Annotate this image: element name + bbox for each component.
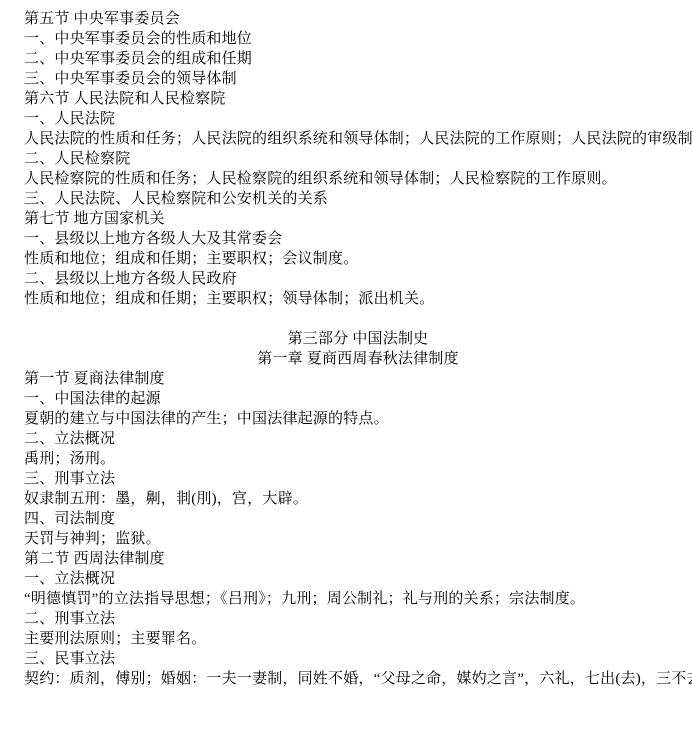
detail-text: 契约：质剂，傅别；婚姻：一夫一妻制，同姓不婚，“父母之命，媒妁之言”，六礼，七出… (24, 669, 692, 689)
detail-text: 奴隶制五刑：墨，劓，剕(刖)，宫，大辟。 (24, 489, 692, 509)
list-item: 二、刑事立法 (24, 609, 692, 629)
list-item: 三、中央军事委员会的领导体制 (24, 69, 692, 89)
list-item: 一、人民法院 (24, 109, 692, 129)
list-item: 三、民事立法 (24, 649, 692, 669)
detail-text: 性质和地位；组成和任期；主要职权；领导体制；派出机关。 (24, 289, 692, 309)
document-body: 第五节 中央军事委员会一、中央军事委员会的性质和地位二、中央军事委员会的组成和任… (24, 9, 692, 689)
section-heading: 第六节 人民法院和人民检察院 (24, 89, 692, 109)
list-item: 二、中央军事委员会的组成和任期 (24, 49, 692, 69)
list-item: 一、中国法律的起源 (24, 389, 692, 409)
list-item: 二、立法概况 (24, 429, 692, 449)
list-item: 二、人民检察院 (24, 149, 692, 169)
detail-text: 天罚与神判；监狱。 (24, 529, 692, 549)
section-heading: 第二节 西周法律制度 (24, 549, 692, 569)
list-item: 三、刑事立法 (24, 469, 692, 489)
chapter-title: 第一章 夏商西周春秋法律制度 (24, 349, 692, 369)
list-item: 一、县级以上地方各级人大及其常委会 (24, 229, 692, 249)
section-heading: 第一节 夏商法律制度 (24, 369, 692, 389)
list-item: 二、县级以上地方各级人民政府 (24, 269, 692, 289)
detail-text: 性质和地位；组成和任期；主要职权；会议制度。 (24, 249, 692, 269)
detail-text: 禹刑；汤刑。 (24, 449, 692, 469)
detail-text: 人民法院的性质和任务；人民法院的组织系统和领导体制；人民法院的工作原则；人民法院… (24, 129, 692, 149)
section-heading: 第五节 中央军事委员会 (24, 9, 692, 29)
detail-text: “明德慎罚”的立法指导思想；《吕刑》；九刑；周公制礼；礼与刑的关系；宗法制度。 (24, 589, 692, 609)
detail-text: 主要刑法原则；主要罪名。 (24, 629, 692, 649)
document-page: 第五节 中央军事委员会一、中央军事委员会的性质和地位二、中央军事委员会的组成和任… (0, 0, 692, 730)
detail-text: 夏朝的建立与中国法律的产生；中国法律起源的特点。 (24, 409, 692, 429)
detail-text: 人民检察院的性质和任务；人民检察院的组织系统和领导体制；人民检察院的工作原则。 (24, 169, 692, 189)
section-heading: 第七节 地方国家机关 (24, 209, 692, 229)
part-title: 第三部分 中国法制史 (24, 329, 692, 349)
list-item: 四、司法制度 (24, 509, 692, 529)
list-item: 一、中央军事委员会的性质和地位 (24, 29, 692, 49)
list-item: 三、人民法院、人民检察院和公安机关的关系 (24, 189, 692, 209)
list-item: 一、立法概况 (24, 569, 692, 589)
blank-line (24, 309, 692, 329)
